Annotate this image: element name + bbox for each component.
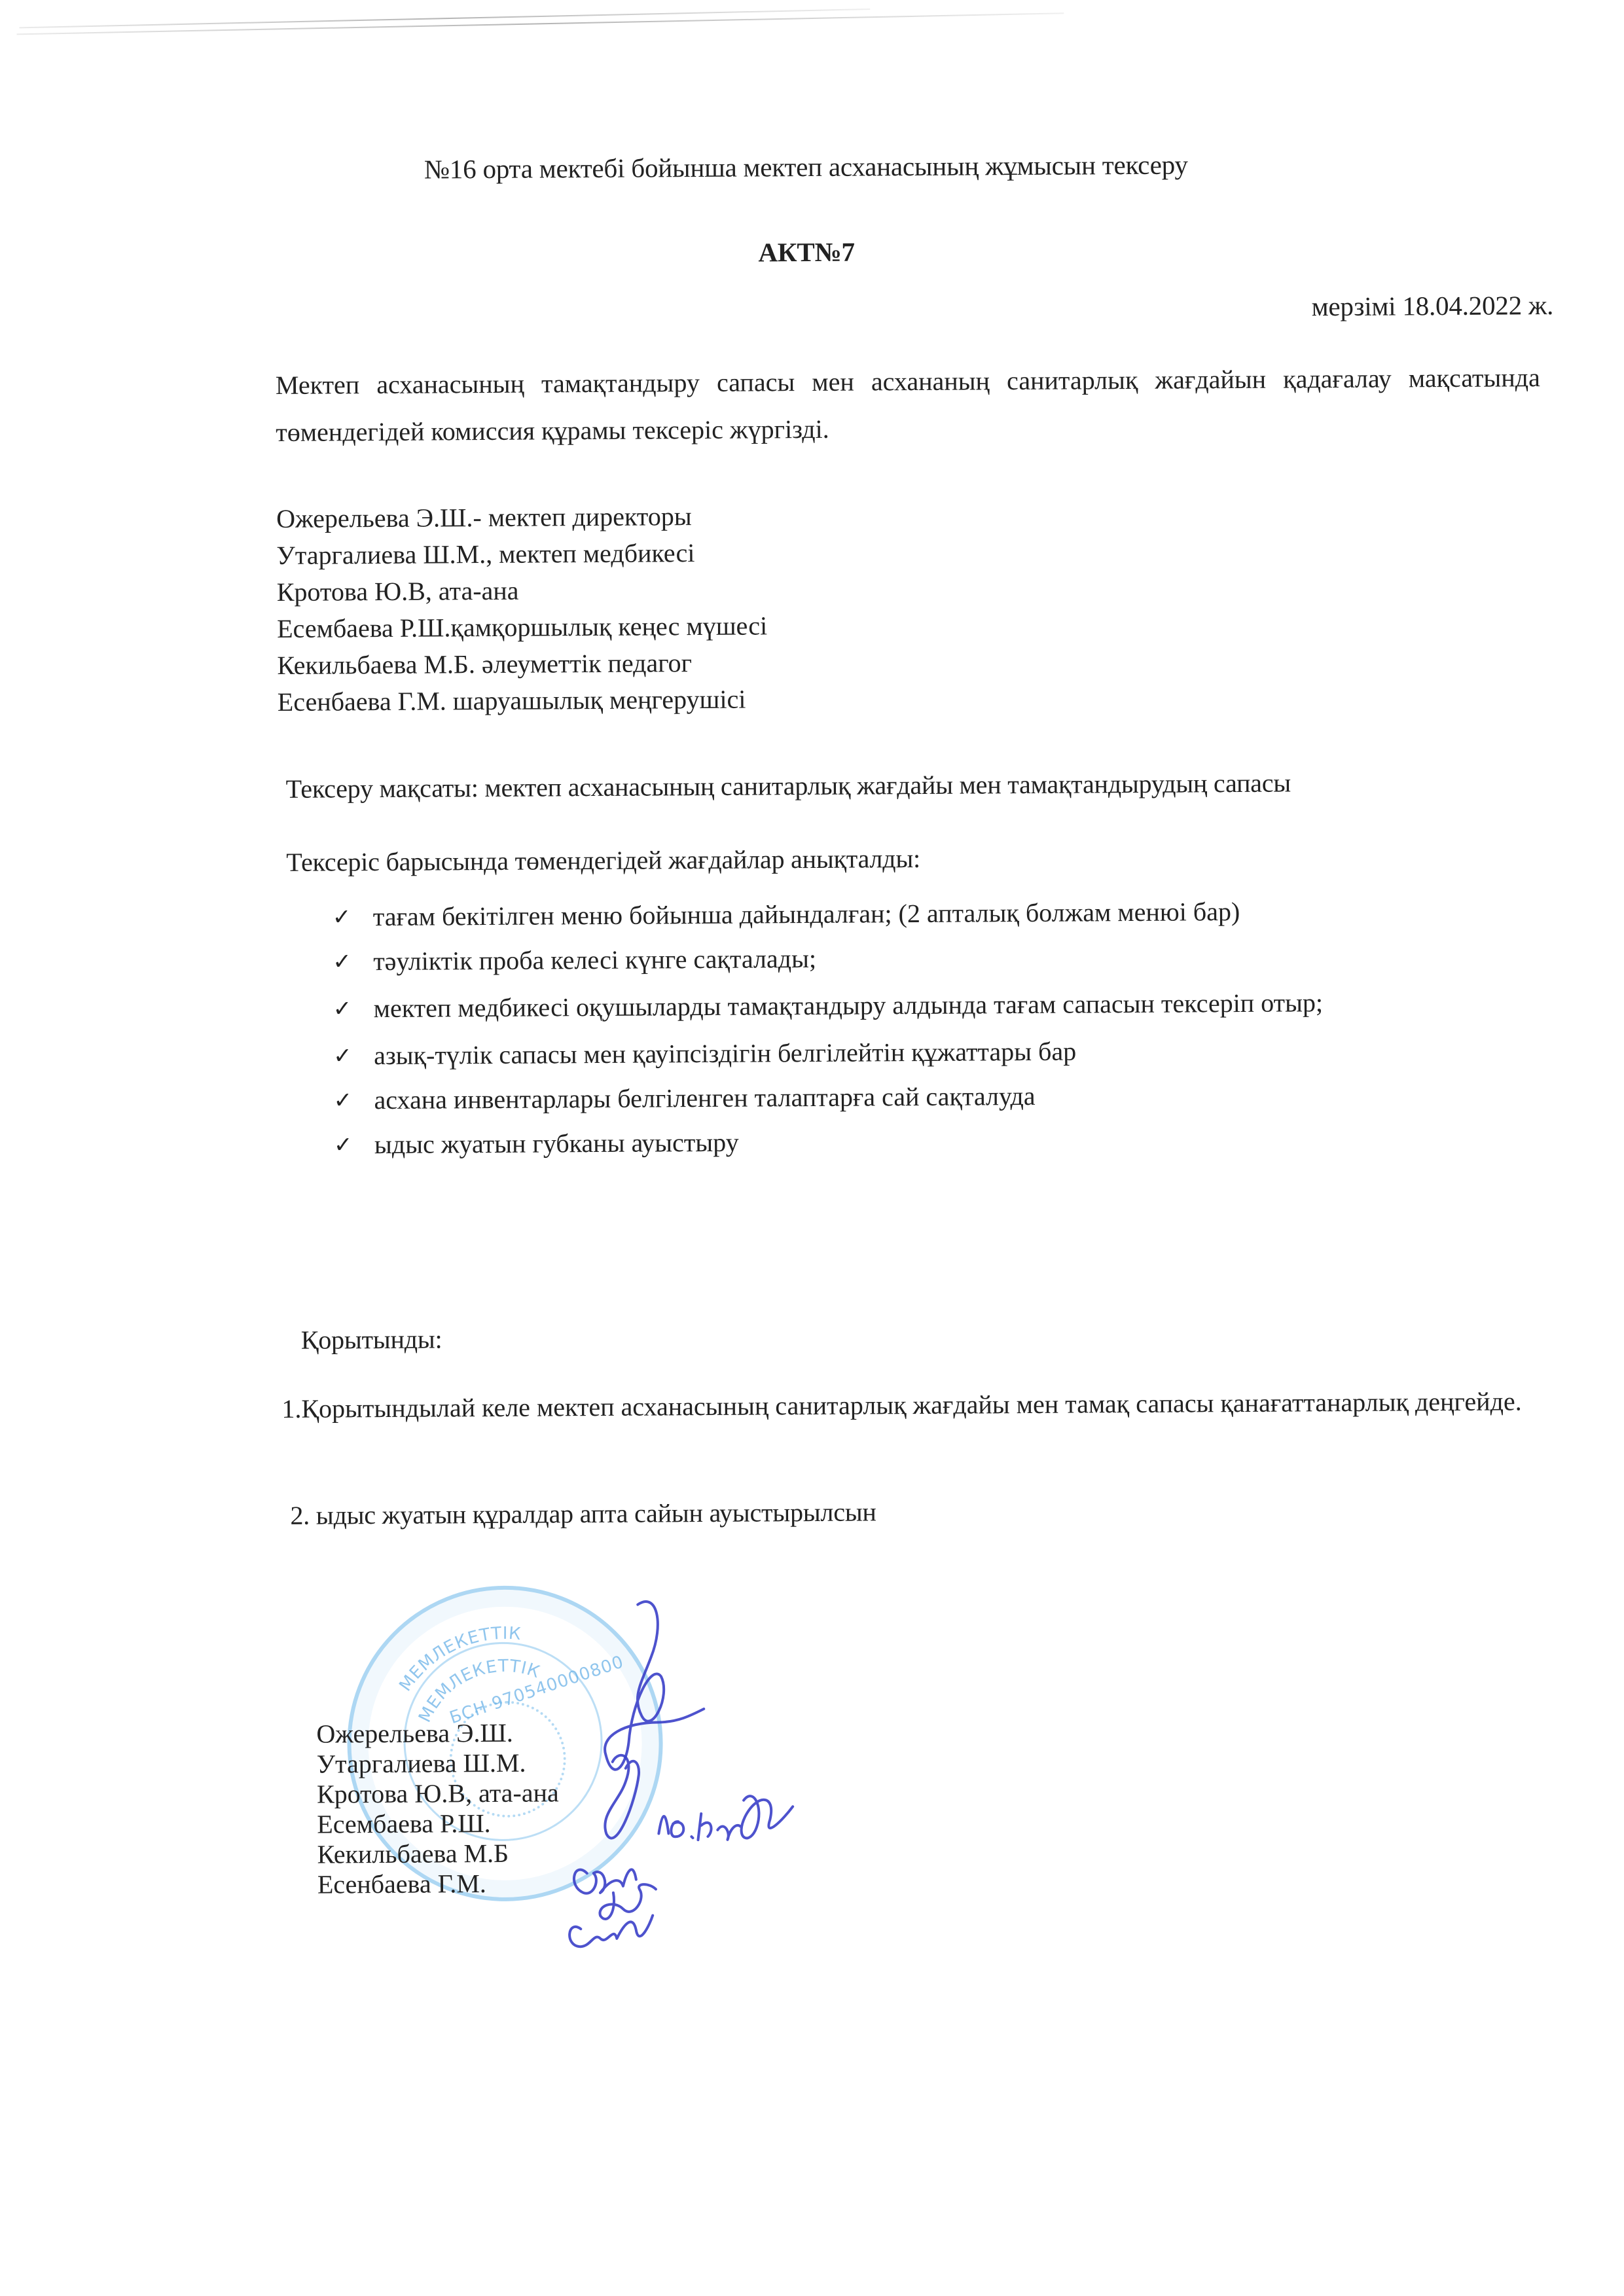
finding-item: ✓тәуліктік проба келесі күнге сақталады; (333, 935, 1550, 980)
inspection-purpose: Тексеру мақсаты: мектеп асханасының сани… (285, 768, 1291, 804)
finding-item: ✓асхана инвентарлары белгіленген талапта… (333, 1074, 1551, 1119)
finding-text: ыдыс жуатын губканы ауыстыру (374, 1128, 739, 1159)
commission-member: Есенбаева Г.М. шаруашылық меңгерушісі (278, 681, 768, 721)
commission-member: Утаргалиева Ш.М., мектеп медбикесі (276, 534, 767, 574)
finding-item: ✓тағам бекітілген меню бойынша дайындалғ… (333, 891, 1550, 936)
commission-member: Есембаева Р.Ш.қамқоршылық кеңес мүшесі (277, 607, 767, 647)
document-date: мерзімі 18.04.2022 ж. (1312, 290, 1554, 322)
finding-text: тәуліктік проба келесі күнге сақталады; (373, 944, 816, 976)
finding-item: ✓азық-түлік сапасы мен қауіпсіздігін бел… (333, 1030, 1551, 1075)
conclusion-heading: Қорытынды: (301, 1324, 442, 1355)
findings-list: ✓тағам бекітілген меню бойынша дайындалғ… (333, 891, 1552, 1170)
commission-member: Кротова Ю.В, ата-ана (277, 571, 767, 611)
signature-5 (600, 1884, 656, 1919)
commission-member: Ожерельева Э.Ш.- мектеп директоры (276, 497, 767, 537)
act-number: АКТ№7 (0, 232, 1619, 272)
intro-paragraph: Мектеп асханасының тамақтандыру сапасы м… (276, 354, 1541, 456)
findings-lead: Тексеріс барысында төмендегідей жағдайла… (286, 844, 920, 878)
signature-3-note (659, 1796, 793, 1840)
scanned-document-page: №16 орта мектебі бойынша мектеп асханасы… (0, 0, 1624, 2296)
handwritten-signatures (500, 1584, 842, 1952)
finding-text: азық-түлік сапасы мен қауіпсіздігін белг… (374, 1037, 1076, 1071)
checkmark-icon: ✓ (333, 898, 352, 936)
conclusion-item: 2. ыдыс жуатын құралдар апта сайын ауыст… (290, 1497, 876, 1530)
checkmark-icon: ✓ (333, 1081, 352, 1119)
signature-1 (604, 1602, 704, 1770)
checkmark-icon: ✓ (333, 987, 352, 1030)
signature-4 (574, 1869, 636, 1893)
checkmark-icon: ✓ (334, 1126, 353, 1164)
finding-text: асхана инвентарлары белгіленген талаптар… (374, 1081, 1035, 1115)
document-title: №16 орта мектебі бойынша мектеп асханасы… (0, 147, 1618, 187)
commission-list: Ожерельева Э.Ш.- мектеп директоры Утарга… (276, 497, 768, 721)
checkmark-icon: ✓ (333, 1037, 352, 1075)
finding-item: ✓мектеп медбикесі оқушыларды тамақтандыр… (333, 980, 1550, 1030)
finding-text: мектеп медбикесі оқушыларды тамақтандыру… (374, 988, 1324, 1023)
checkmark-icon: ✓ (333, 942, 352, 980)
commission-member: Кекильбаева М.Б. әлеуметтік педагог (277, 644, 767, 684)
finding-item: ✓ыдыс жуатын губканы ауыстыру (334, 1119, 1551, 1164)
signature-6 (569, 1916, 653, 1947)
finding-text: тағам бекітілген меню бойынша дайындалға… (373, 897, 1240, 931)
conclusion-item: 1.Қорытындылай келе мектеп асханасының с… (281, 1378, 1546, 1433)
